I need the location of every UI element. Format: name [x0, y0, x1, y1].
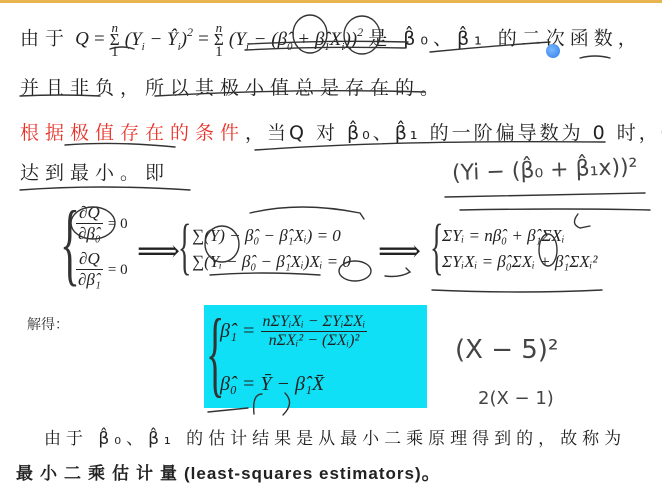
- line-ols-term: 最小二乘估计量(least-squares estimators)。: [16, 458, 447, 485]
- cursor-indicator: [546, 44, 560, 58]
- period: 。: [422, 462, 447, 484]
- implies-arrow-1: ⟹: [137, 234, 180, 269]
- left-brace: {: [178, 216, 191, 278]
- normal-eq-b: ∑(Yᵢ − β̂₀ − β̂₁Xᵢ)Xᵢ = 0: [192, 252, 351, 272]
- solve-label: 解得：: [27, 314, 69, 334]
- line-nonnegative: 并且非负，所以其极小值总是存在的。: [20, 73, 445, 100]
- normal-eq-a: ∑(Y) − β̂₀ − β̂₁Xᵢ) = 0: [192, 226, 341, 246]
- model-term: (Yi − (β̂0 + β̂1Xi))2: [229, 29, 363, 50]
- beta1-estimator: β̂₁ = nΣYᵢXᵢ − ΣYᵢΣXᵢnΣXᵢ² − (ΣXᵢ)²: [220, 313, 367, 350]
- handwritten-note-expansion: (Yi − (β̂₀ + β̂₁x))²: [452, 155, 638, 186]
- expanded-eq-a: ΣYᵢ = nβ̂₀ + β̂₁ΣXᵢ: [442, 226, 565, 246]
- q-symbol: Q: [75, 29, 89, 50]
- ols-term-en: (least-squares estimators): [184, 464, 422, 483]
- equals-sign: =: [198, 29, 209, 50]
- eq-d-beta0: ∂Q∂β̂₀ = 0: [76, 203, 128, 244]
- expanded-eq-b: ΣYᵢXᵢ = β̂₀ΣXᵢ + β̂₁ΣXᵢ²: [442, 252, 597, 272]
- residual-term: (Yi − Ŷi)2: [125, 29, 193, 50]
- line-conclusion: 由于 β̂₀、β̂₁ 的估计结果是从最小二乘原理得到的，故称为: [44, 424, 626, 449]
- text-suffix: 是 β̂₀、β̂₁ 的二次函数，: [368, 28, 642, 50]
- implies-arrow-2: ⟹: [378, 234, 421, 269]
- line-minimum: 达到最小。即: [20, 158, 170, 185]
- sum-symbol-1: nΣ1: [110, 22, 120, 58]
- ols-term-cn: 最小二乘估计量: [16, 464, 184, 484]
- slide-accent-line: [0, 0, 662, 3]
- line-extremum-condition: 根据极值存在的条件，当Q 对 β̂₀、β̂₁ 的一阶偏导数为 0 时，Q: [20, 118, 662, 145]
- handwritten-note-square: (X − 5)²: [455, 335, 558, 365]
- condition-text: ，当Q 对 β̂₀、β̂₁ 的一阶偏导数为 0 时，Q: [245, 122, 662, 144]
- beta0-estimator: β̂₀ = Ȳ − β̂₁X̄: [220, 373, 324, 396]
- equals-sign: =: [94, 29, 105, 50]
- handwritten-note-derivative: 2(X − 1): [478, 388, 554, 409]
- text-prefix: 由于: [20, 28, 70, 50]
- eq-d-beta1: ∂Q∂β̂₁ = 0: [76, 249, 128, 290]
- emphasis-text: 根据极值存在的条件: [20, 122, 245, 144]
- solution-highlight-box: { β̂₁ = nΣYᵢXᵢ − ΣYᵢΣXᵢnΣXᵢ² − (ΣXᵢ)² β̂…: [204, 305, 427, 408]
- sum-symbol-2: nΣ1: [214, 22, 224, 58]
